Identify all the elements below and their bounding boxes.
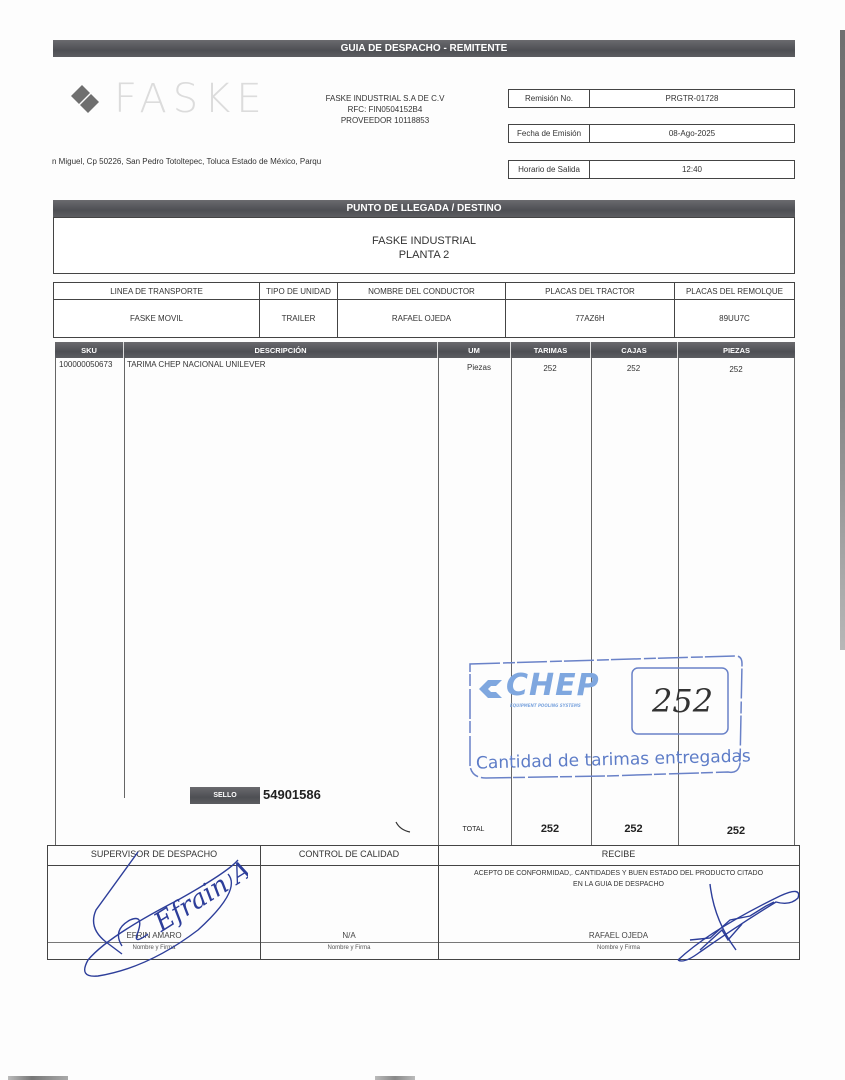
remision-label: Remisión No. (508, 89, 590, 108)
company-info: FASKE INDUSTRIAL S.A DE C.V RFC: FIN0504… (300, 93, 470, 126)
total-label: TOTAL (437, 826, 510, 833)
scan-edge-artifact (840, 30, 845, 650)
items-header-tarimas: TARIMAS (510, 342, 590, 358)
item-tarimas: 252 (510, 364, 590, 373)
pen-mark (394, 820, 414, 834)
total-cajas: 252 (590, 823, 677, 835)
recibe-note-line1: ACEPTO DE CONFORMIDAD,. CANTIDADES Y BUE… (438, 868, 799, 879)
items-header-piezas: PIEZAS (677, 342, 795, 358)
chep-logo-icon (476, 674, 506, 704)
transport-value: RAFAEL OJEDA (338, 300, 506, 338)
signature-header-recibe: RECIBE (438, 849, 799, 859)
destination-title: PUNTO DE LLEGADA / DESTINO (346, 203, 501, 214)
scan-mark-center (375, 1076, 415, 1080)
sello-label: SELLO (190, 787, 260, 804)
company-logo: FASKE (68, 76, 268, 122)
company-proveedor: PROVEEDOR 10118853 (300, 115, 470, 126)
transport-value-row: FASKE MOVIL TRAILER RAFAEL OJEDA 77AZ6H … (53, 300, 795, 338)
faske-logo-icon (68, 82, 102, 116)
fecha-label: Fecha de Emisión (508, 124, 590, 143)
stamp-handwritten-count: 252 (652, 682, 713, 720)
horario-value: 12:40 (590, 160, 795, 179)
document-title-bar: GUIA DE DESPACHO - REMITENTE (53, 40, 795, 57)
destination-title-bar: PUNTO DE LLEGADA / DESTINO (53, 200, 795, 217)
company-rfc: RFC: FIN0504152B4 (300, 104, 470, 115)
items-header-um: UM (437, 342, 510, 358)
transport-header: LINEA DE TRANSPORTE (53, 282, 260, 300)
remision-value: PRGTR-01728 (590, 89, 795, 108)
transport-header-row: LINEA DE TRANSPORTE TIPO DE UNIDAD NOMBR… (53, 282, 795, 300)
info-field-fecha: Fecha de Emisión 08-Ago-2025 (508, 124, 795, 143)
total-tarimas: 252 (510, 823, 590, 835)
item-um: Piezas (441, 363, 491, 372)
totals-row: TOTAL 252 252 252 (437, 822, 795, 842)
logo-text: FASKE (114, 76, 268, 122)
supervisor-signature: Efrain Amaro (78, 850, 248, 980)
transport-value: TRAILER (260, 300, 338, 338)
scan-mark-left (8, 1076, 68, 1080)
destination-box: FASKE INDUSTRIAL PLANTA 2 (53, 217, 795, 274)
destination-line1: FASKE INDUSTRIAL (54, 234, 794, 248)
items-header-row: SKU DESCRIPCIÓN UM TARIMAS CAJAS PIEZAS (55, 342, 795, 358)
transport-value: 77AZ6H (506, 300, 675, 338)
sello-value: 54901586 (263, 787, 321, 802)
info-field-horario: Horario de Salida 12:40 (508, 160, 795, 179)
transport-header: TIPO DE UNIDAD (260, 282, 338, 300)
items-row: 100000050673 TARIMA CHEP NACIONAL UNILEV… (55, 360, 795, 376)
signature-header-calidad: CONTROL DE CALIDAD (260, 849, 438, 859)
items-header-sku: SKU (55, 342, 123, 358)
transport-table: LINEA DE TRANSPORTE TIPO DE UNIDAD NOMBR… (53, 282, 795, 338)
info-field-remision: Remisión No. PRGTR-01728 (508, 89, 795, 108)
item-piezas: 252 (677, 365, 795, 374)
company-address: n Miguel, Cp 50226, San Pedro Totoltepec… (52, 157, 321, 166)
transport-value: FASKE MOVIL (53, 300, 260, 338)
items-header-descripcion: DESCRIPCIÓN (123, 342, 437, 358)
calidad-sub-label: Nombre y Firma (260, 945, 438, 951)
receiver-signature (670, 880, 805, 965)
chep-tagline: EQUIPMENT POOLING SYSTEMS (510, 703, 581, 708)
transport-header: NOMBRE DEL CONDUCTOR (338, 282, 506, 300)
transport-header: PLACAS DEL REMOLQUE (675, 282, 795, 300)
transport-header: PLACAS DEL TRACTOR (506, 282, 675, 300)
items-header-cajas: CAJAS (590, 342, 677, 358)
item-descripcion: TARIMA CHEP NACIONAL UNILEVER (127, 360, 266, 369)
document-title: GUIA DE DESPACHO - REMITENTE (341, 43, 508, 54)
supervisor-signature-text: Efrain Amaro (148, 850, 248, 939)
item-sku: 100000050673 (59, 360, 112, 369)
horario-label: Horario de Salida (508, 160, 590, 179)
sello-label-text: SELLO (213, 792, 236, 799)
chep-stamp: CHEP EQUIPMENT POOLING SYSTEMS 252 Canti… (466, 652, 744, 780)
item-cajas: 252 (590, 364, 677, 373)
calidad-name: N/A (260, 931, 438, 940)
chep-brand: CHEP (506, 668, 600, 703)
total-piezas: 252 (677, 825, 795, 837)
destination-line2: PLANTA 2 (54, 248, 794, 262)
fecha-value: 08-Ago-2025 (590, 124, 795, 143)
company-name: FASKE INDUSTRIAL S.A DE C.V (300, 93, 470, 104)
transport-value: 89UU7C (675, 300, 795, 338)
